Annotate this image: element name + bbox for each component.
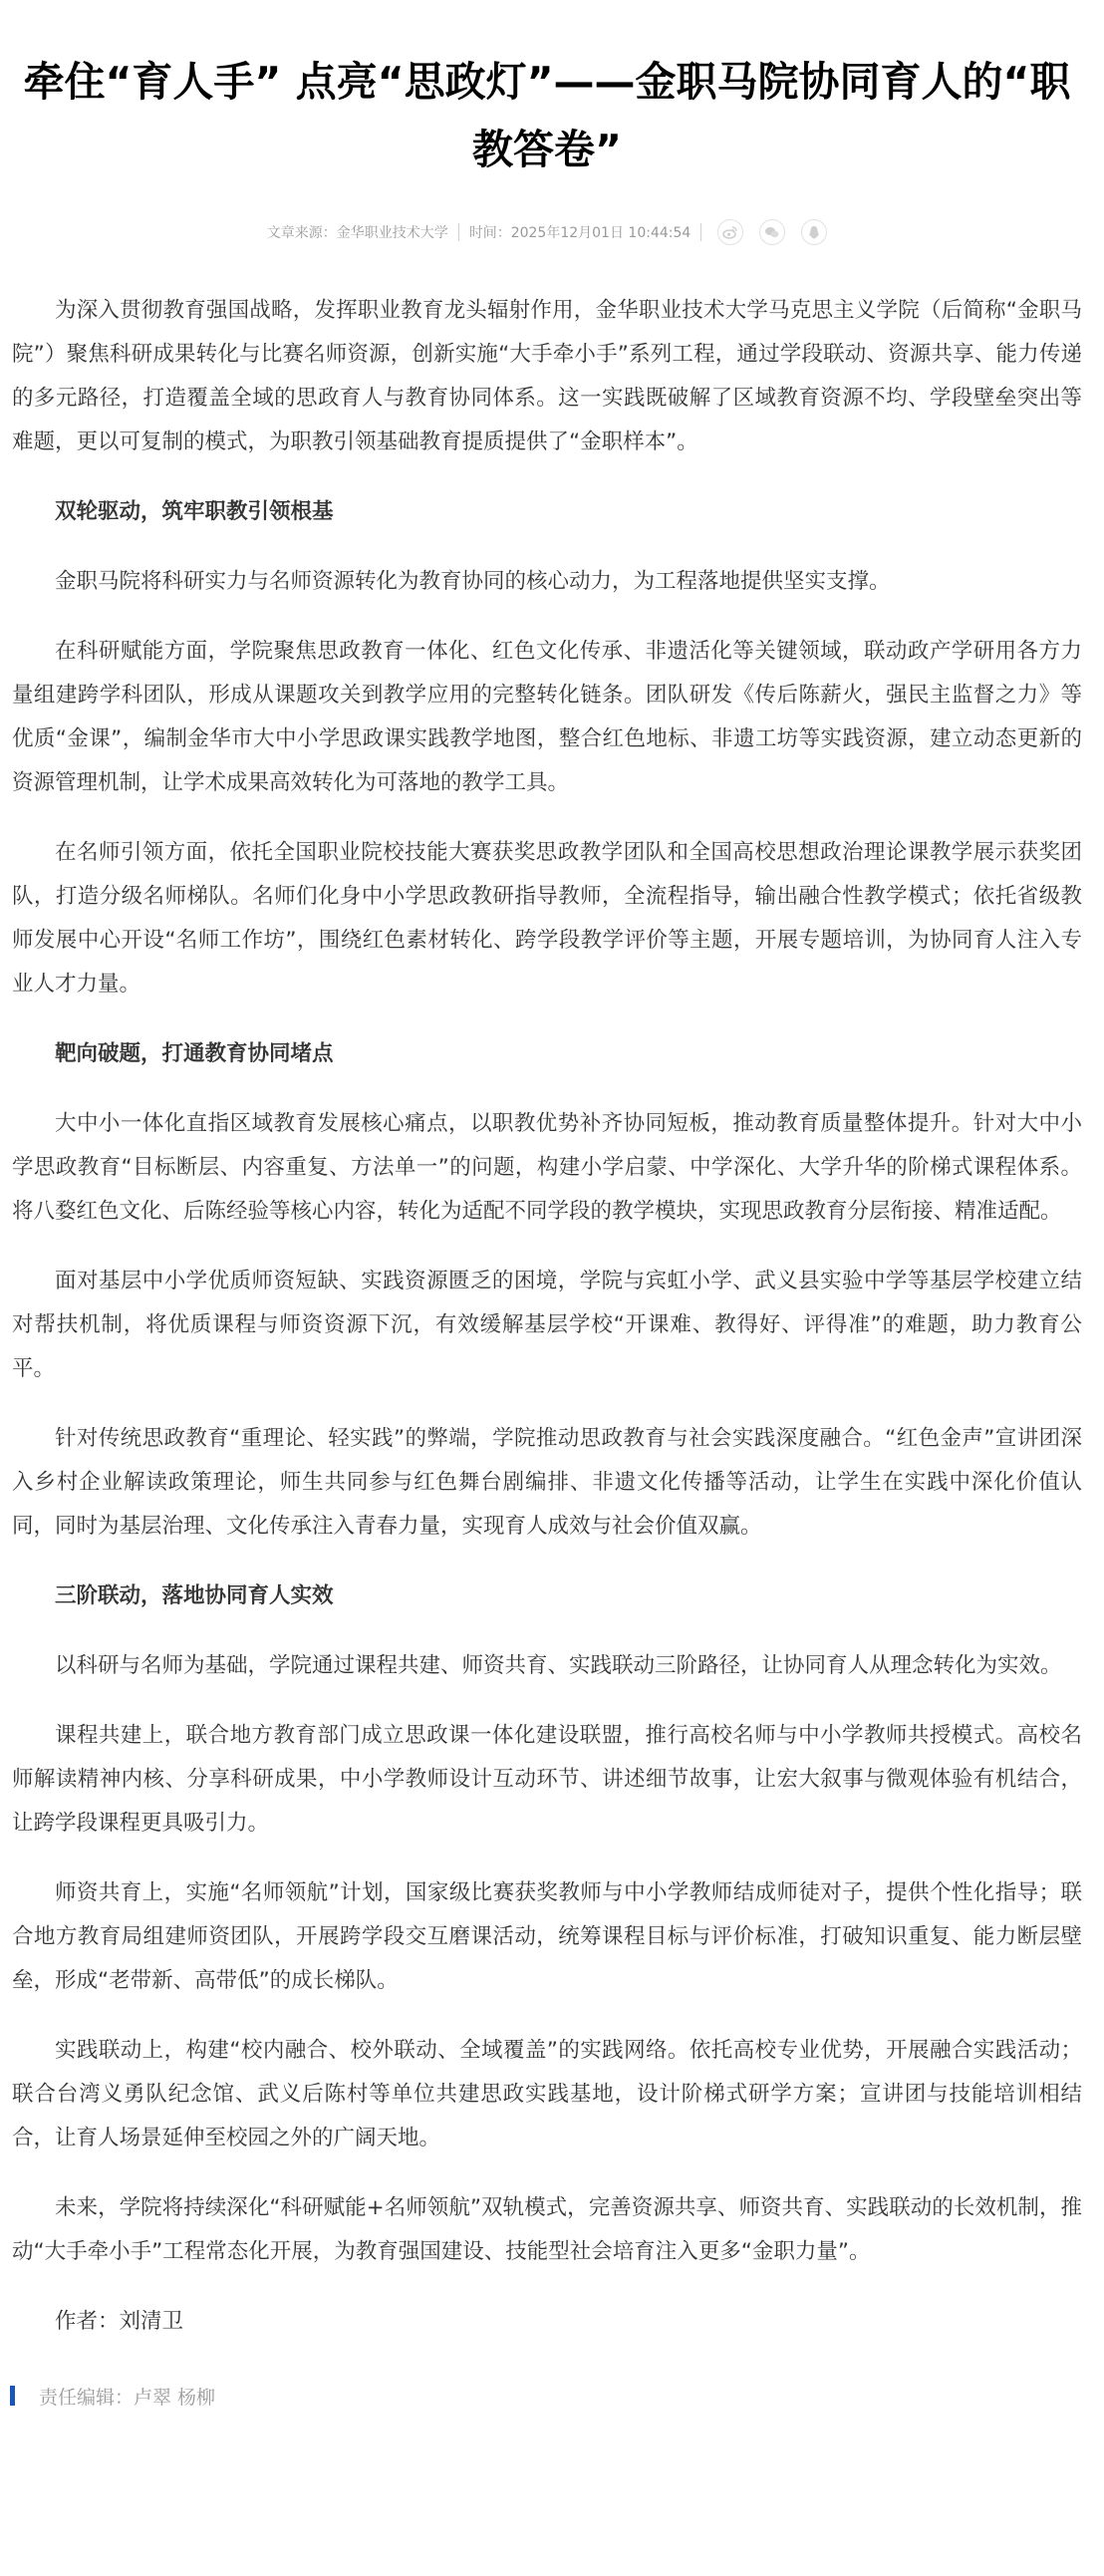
editor-accent-bar	[10, 2386, 15, 2406]
meta-divider	[700, 223, 701, 241]
paragraph: 未来，学院将持续深化“科研赋能+名师领航”双轨模式，完善资源共享、师资共育、实践…	[12, 2186, 1082, 2274]
editor-names: 责任编辑：卢翠 杨柳	[39, 2383, 215, 2410]
article-source: 文章来源：金华职业技术大学	[267, 222, 448, 242]
article-page: 牵住“育人手” 点亮“思政灯”——金职马院协同育人的“职教答卷” 文章来源：金华…	[0, 0, 1104, 2408]
weibo-icon[interactable]	[717, 219, 743, 245]
section-heading: 三阶联动，落地协同育人实效	[12, 1574, 1082, 1618]
wechat-icon[interactable]	[759, 219, 785, 245]
paragraph: 实践联动上，构建“校内融合、校外联动、全域覆盖”的实践网络。依托高校专业优势，开…	[12, 2029, 1082, 2160]
paragraph: 在名师引领方面，依托全国职业院校技能大赛获奖思政教学团队和全国高校思想政治理论课…	[12, 831, 1082, 1006]
article-time: 时间：2025年12月01日 10:44:54	[469, 222, 691, 242]
section-heading: 双轮驱动，筑牢职教引领根基	[12, 490, 1082, 534]
article-body: 为深入贯彻教育强国战略，发挥职业教育龙头辐射作用，金华职业技术大学马克思主义学院…	[12, 289, 1082, 2344]
section-heading: 靶向破题，打通教育协同堵点	[12, 1032, 1082, 1076]
meta-divider	[458, 223, 459, 241]
article-title: 牵住“育人手” 点亮“思政灯”——金职马院协同育人的“职教答卷”	[12, 0, 1082, 183]
paragraph: 金职马院将科研实力与名师资源转化为教育协同的核心动力，为工程落地提供坚实支撑。	[12, 560, 1082, 604]
paragraph: 在科研赋能方面，学院聚焦思政教育一体化、红色文化传承、非遗活化等关键领域，联动政…	[12, 630, 1082, 805]
responsible-editor: 责任编辑：卢翠 杨柳	[12, 2384, 1082, 2408]
paragraph: 师资共育上，实施“名师领航”计划，国家级比赛获奖教师与中小学教师结成师徒对子，提…	[12, 1871, 1082, 2003]
paragraph: 面对基层中小学优质师资短缺、实践资源匮乏的困境，学院与宾虹小学、武义县实验中学等…	[12, 1260, 1082, 1391]
paragraph: 大中小一体化直指区域教育发展核心痛点，以职教优势补齐协同短板，推动教育质量整体提…	[12, 1102, 1082, 1234]
paragraph: 以科研与名师为基础，学院通过课程共建、师资共育、实践联动三阶路径，让协同育人从理…	[12, 1644, 1082, 1688]
paragraph: 针对传统思政教育“重理论、轻实践”的弊端，学院推动思政教育与社会实践深度融合。“…	[12, 1417, 1082, 1549]
article-author: 作者：刘清卫	[12, 2300, 1082, 2344]
article-meta: 文章来源：金华职业技术大学 时间：2025年12月01日 10:44:54	[12, 217, 1082, 247]
qq-icon[interactable]	[801, 219, 827, 245]
paragraph: 课程共建上，联合地方教育部门成立思政课一体化建设联盟，推行高校名师与中小学教师共…	[12, 1714, 1082, 1846]
share-buttons	[717, 219, 827, 245]
paragraph: 为深入贯彻教育强国战略，发挥职业教育龙头辐射作用，金华职业技术大学马克思主义学院…	[12, 289, 1082, 464]
